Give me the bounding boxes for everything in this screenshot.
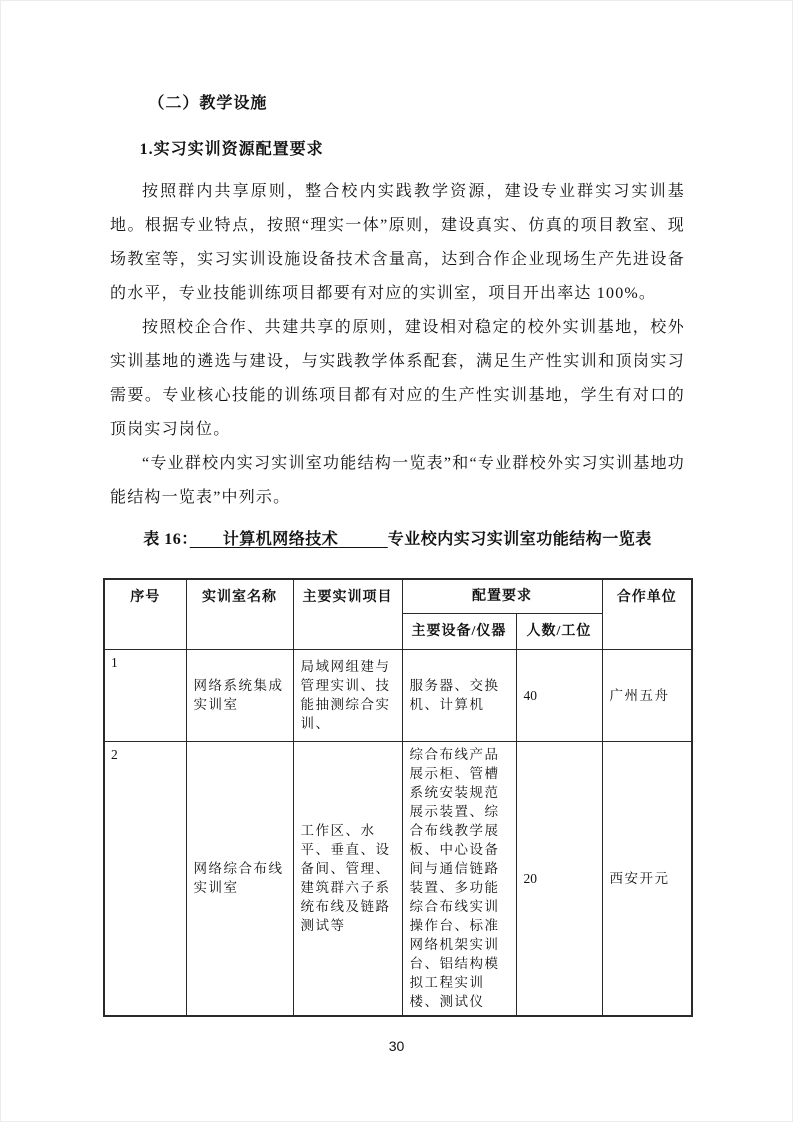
document-content: （二）教学设施 1.实习实训资源配置要求 按照群内共享原则，整合校内实践教学资源…	[110, 93, 685, 1017]
subsection-heading: 1.实习实训资源配置要求	[110, 139, 685, 161]
row2-partner: 西安开元	[602, 741, 692, 1016]
header-config: 配置要求	[402, 579, 602, 613]
table-caption-underlined: 计算机网络技术	[190, 531, 388, 548]
table-header-row-1: 序号 实训室名称 主要实训项目 配置要求 合作单位	[104, 579, 692, 613]
table-row: 1 网络系统集成实训室 局域网组建与管理实训、技能抽测综合实训、 服务器、交换机…	[104, 649, 692, 741]
header-no: 序号	[104, 579, 186, 649]
header-capacity: 人数/工位	[516, 613, 602, 649]
paragraph-offcampus-base: 按照校企合作、共建共享的原则，建设相对稳定的校外实训基地，校外实训基地的遴选与建…	[110, 311, 685, 447]
header-partner: 合作单位	[602, 579, 692, 649]
header-equipment: 主要设备/仪器	[402, 613, 516, 649]
header-room: 实训室名称	[186, 579, 293, 649]
table-caption-suffix: 专业校内实习实训室功能结构一览表	[388, 531, 652, 548]
paragraph-list-reference: “专业群校内实习实训室功能结构一览表”和“专业群校外实习实训基地功能结构一览表”…	[110, 447, 685, 515]
document-page: （二）教学设施 1.实习实训资源配置要求 按照群内共享原则，整合校内实践教学资源…	[0, 0, 793, 1122]
table-caption: 表 16： 计算机网络技术 专业校内实习实训室功能结构一览表	[110, 528, 685, 552]
row1-partner: 广州五舟	[602, 649, 692, 741]
table-caption-prefix: 表 16：	[143, 531, 190, 548]
row2-room: 网络综合布线实训室	[186, 741, 293, 1016]
paragraph-campus-base: 按照群内共享原则，整合校内实践教学资源，建设专业群实习实训基地。根据专业特点，按…	[110, 175, 685, 311]
row1-capacity: 40	[516, 649, 602, 741]
row2-projects: 工作区、水平、垂直、设备间、管理、建筑群六子系统布线及链路测试等	[293, 741, 402, 1016]
row1-projects: 局域网组建与管理实训、技能抽测综合实训、	[293, 649, 402, 741]
table-caption-blank-after	[338, 531, 388, 548]
row1-room: 网络系统集成实训室	[186, 649, 293, 741]
training-room-table: 序号 实训室名称 主要实训项目 配置要求 合作单位 主要设备/仪器 人数/工位 …	[103, 578, 693, 1017]
table-caption-major-name: 计算机网络技术	[223, 531, 339, 548]
row1-equipment: 服务器、交换机、计算机	[402, 649, 516, 741]
row2-no: 2	[104, 741, 186, 1016]
table-caption-blank-before	[190, 531, 223, 548]
page-number: 30	[0, 1038, 793, 1054]
section-heading: （二）教学设施	[110, 93, 685, 115]
table-row: 2 网络综合布线实训室 工作区、水平、垂直、设备间、管理、建筑群六子系统布线及链…	[104, 741, 692, 1016]
header-projects: 主要实训项目	[293, 579, 402, 649]
row1-no: 1	[104, 649, 186, 741]
row2-capacity: 20	[516, 741, 602, 1016]
row2-equipment: 综合布线产品展示柜、管槽系统安装规范展示装置、综合布线教学展板、中心设备间与通信…	[402, 741, 516, 1016]
